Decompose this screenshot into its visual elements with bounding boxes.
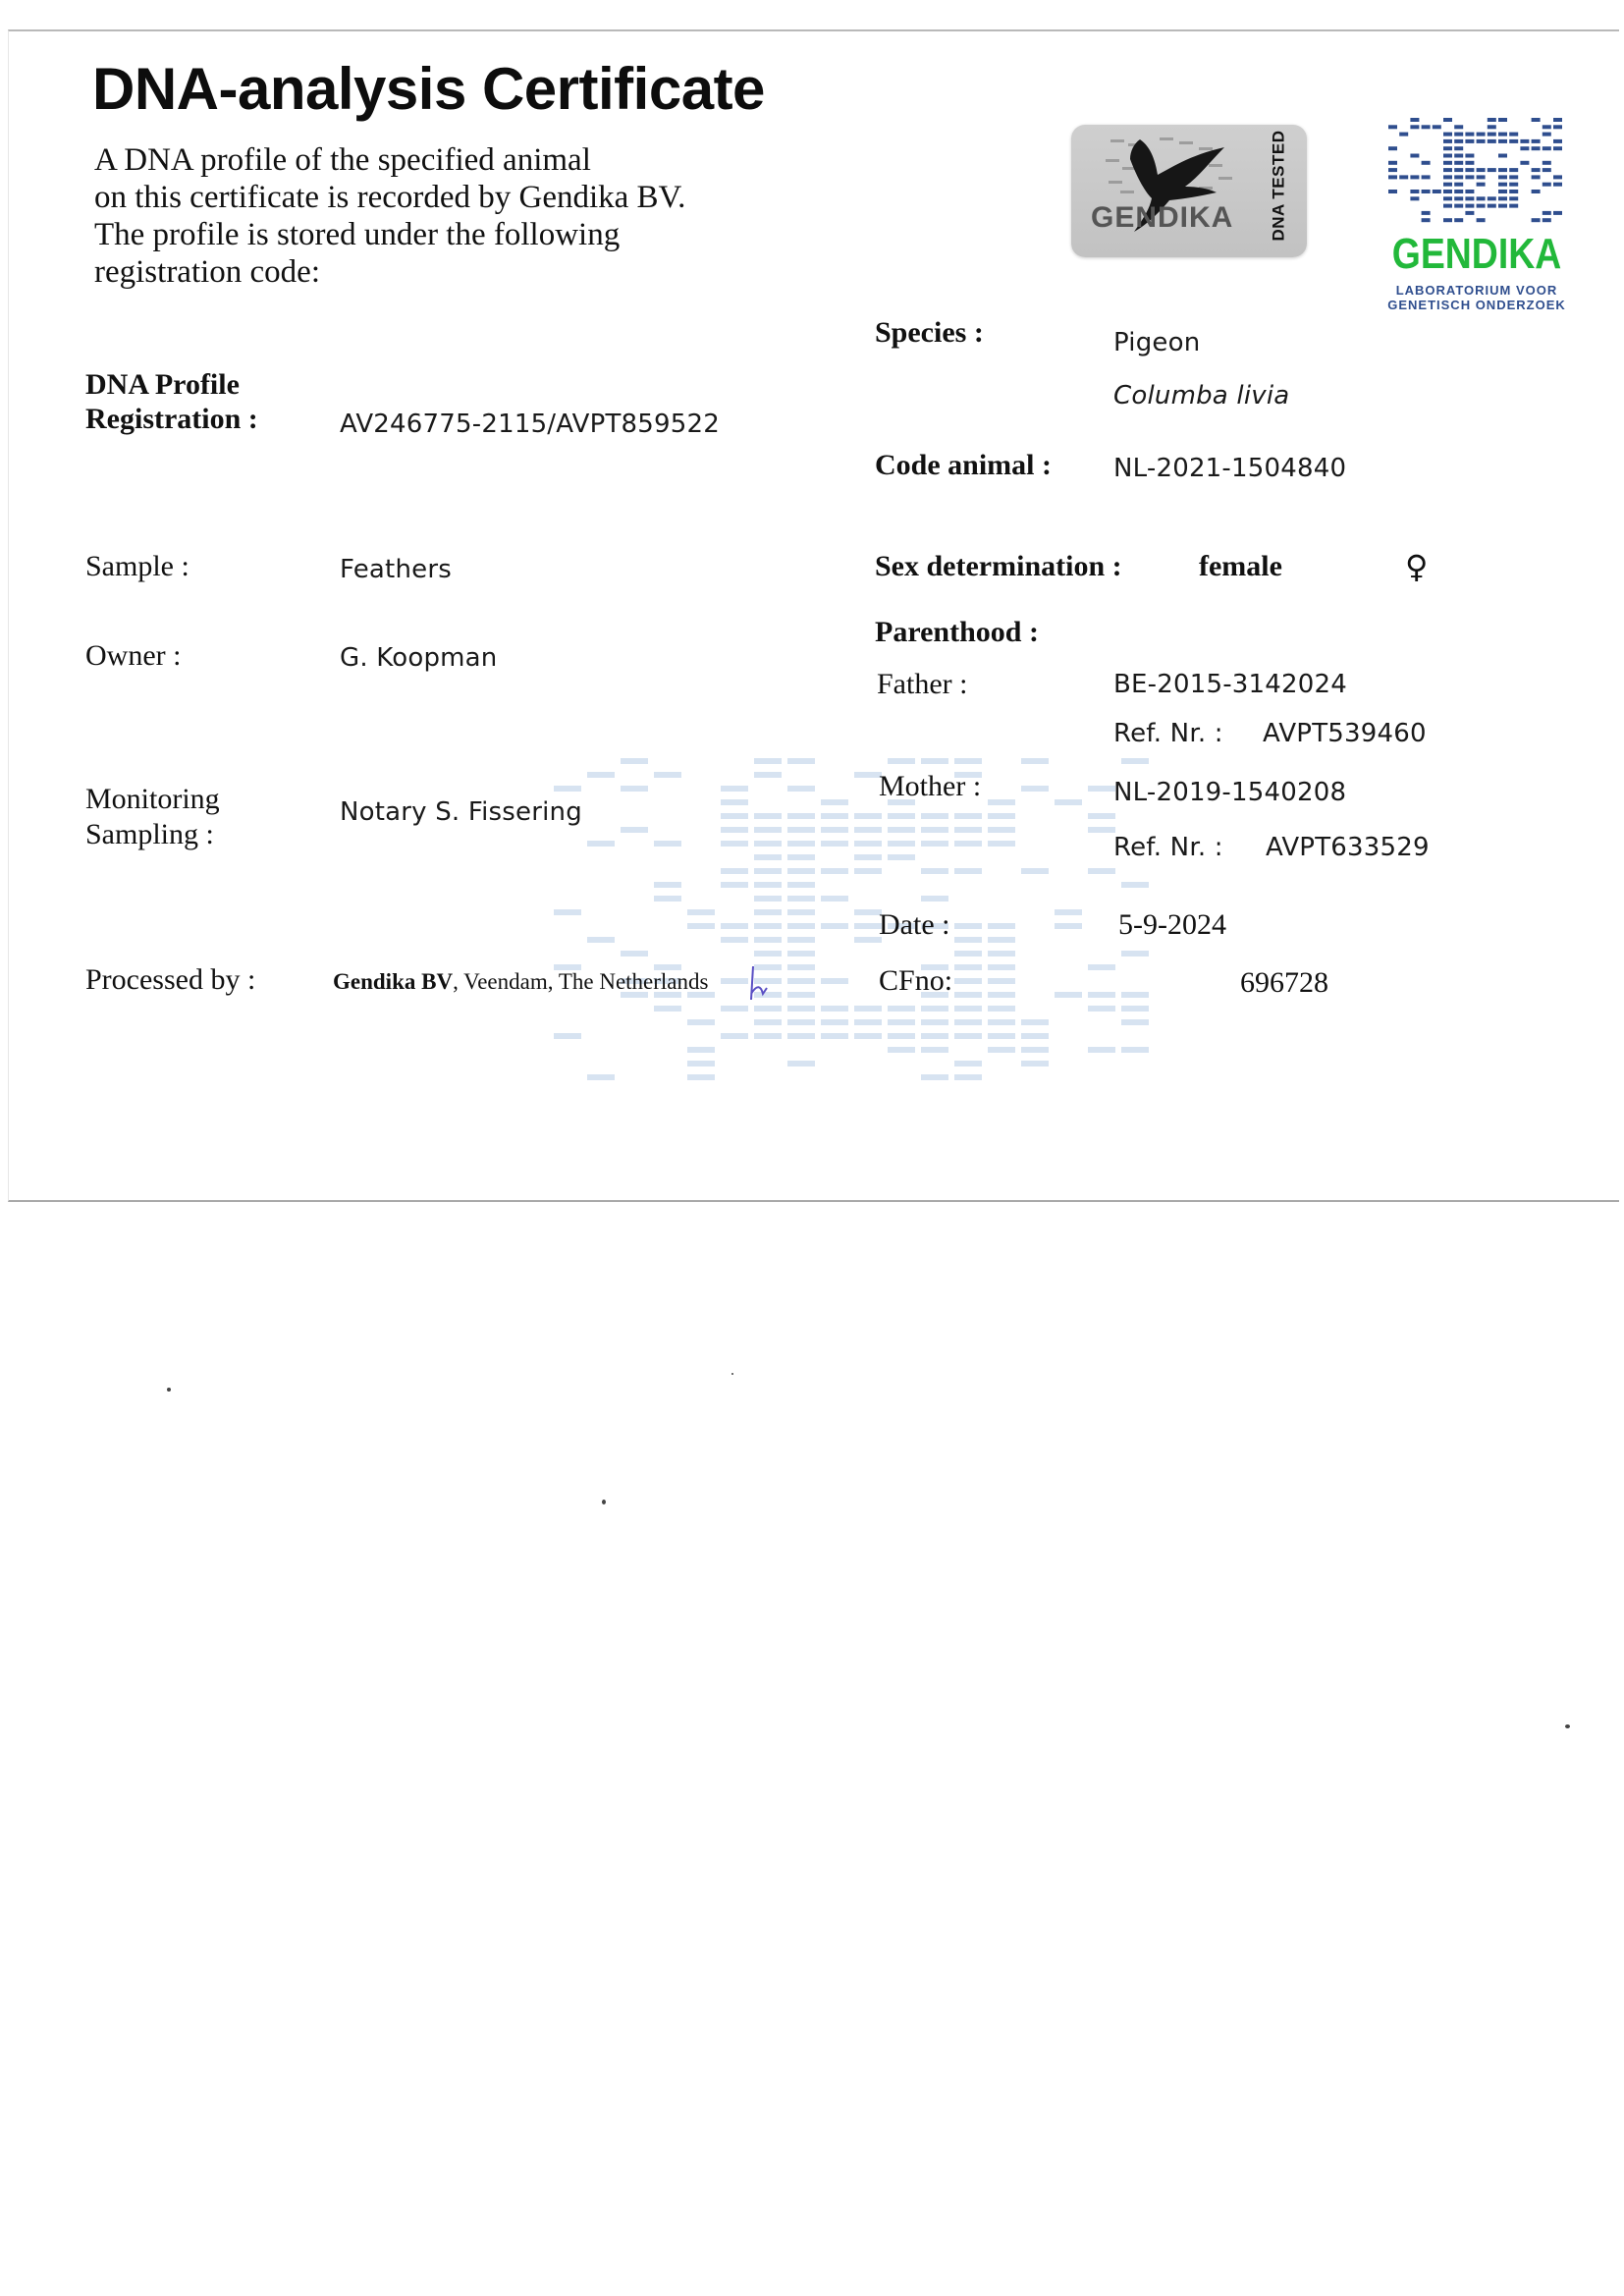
stamp-brand-text: GENDIKA — [1091, 201, 1233, 235]
intro-line: The profile is stored under the followin… — [94, 216, 685, 253]
dna-barcode-logo-icon — [1388, 118, 1565, 226]
certificate-title: DNA-analysis Certificate — [92, 55, 765, 123]
processed-by-company: Gendika BV — [333, 969, 453, 994]
female-symbol-icon: ♀ — [1405, 548, 1428, 585]
species-label: Species : — [875, 316, 984, 350]
scan-speck — [602, 1500, 606, 1504]
logo-name: GENDIKA — [1389, 230, 1565, 279]
gendika-logo: GENDIKA LABORATORIUM VOOR GENETISCH ONDE… — [1374, 118, 1580, 312]
mother-label: Mother : — [879, 770, 981, 803]
processed-by-value: Gendika BV, Veendam, The Netherlands — [333, 969, 708, 995]
date-value: 5-9-2024 — [1118, 908, 1226, 942]
father-label: Father : — [877, 668, 967, 701]
code-animal-label: Code animal : — [875, 449, 1052, 482]
processed-by-location: , Veendam, The Netherlands — [453, 969, 708, 994]
monitoring-label: Monitoring — [85, 783, 220, 816]
dna-profile-value: AV246775-2115/AVPT859522 — [340, 410, 720, 439]
intro-line: registration code: — [94, 253, 685, 291]
gendika-watermark-icon — [554, 758, 1163, 1092]
sample-label: Sample : — [85, 550, 189, 583]
code-animal-value: NL-2021-1504840 — [1113, 454, 1346, 483]
certificate: DNA-analysis Certificate A DNA profile o… — [8, 29, 1619, 1202]
owner-value: G. Koopman — [340, 643, 498, 673]
stamp-badge-text: DNA TESTED — [1270, 131, 1289, 242]
mother-ref-value: AVPT633529 — [1266, 833, 1430, 862]
date-label: Date : — [879, 908, 949, 942]
sample-value: Feathers — [340, 555, 452, 584]
sampling-label: Sampling : — [85, 818, 214, 851]
sex-determination-label: Sex determination : — [875, 550, 1122, 583]
intro-text: A DNA profile of the specified animal on… — [94, 141, 685, 291]
father-value: BE-2015-3142024 — [1113, 670, 1347, 699]
intro-line: on this certificate is recorded by Gendi… — [94, 179, 685, 216]
intro-line: A DNA profile of the specified animal — [94, 141, 685, 179]
pen-mark-icon — [747, 964, 777, 1004]
monitoring-value: Notary S. Fissering — [340, 797, 582, 827]
dna-profile-label: DNA Profile — [85, 368, 240, 402]
scan-speck — [1565, 1724, 1570, 1728]
father-ref-value: AVPT539460 — [1263, 719, 1427, 748]
owner-label: Owner : — [85, 639, 181, 673]
cfno-label: CFno: — [879, 964, 952, 998]
mother-value: NL-2019-1540208 — [1113, 778, 1346, 807]
parenthood-label: Parenthood : — [875, 616, 1039, 649]
father-ref-label: Ref. Nr. : — [1113, 719, 1223, 748]
species-latin-value: Columba livia — [1113, 381, 1289, 410]
logo-tagline-line: GENETISCH ONDERZOEK — [1374, 298, 1580, 312]
logo-tagline-line: LABORATORIUM VOOR — [1374, 283, 1580, 298]
logo-tagline: LABORATORIUM VOOR GENETISCH ONDERZOEK — [1374, 283, 1580, 312]
processed-by-label: Processed by : — [85, 963, 255, 997]
sex-value: female — [1199, 550, 1282, 583]
mother-ref-label: Ref. Nr. : — [1113, 833, 1223, 862]
species-common-value: Pigeon — [1113, 328, 1200, 357]
scan-speck — [731, 1373, 733, 1375]
scan-speck — [167, 1388, 171, 1392]
dna-tested-stamp: GENDIKA DNA TESTED — [1071, 125, 1307, 257]
cfno-value: 696728 — [1240, 966, 1328, 1000]
registration-label: Registration : — [85, 403, 258, 436]
